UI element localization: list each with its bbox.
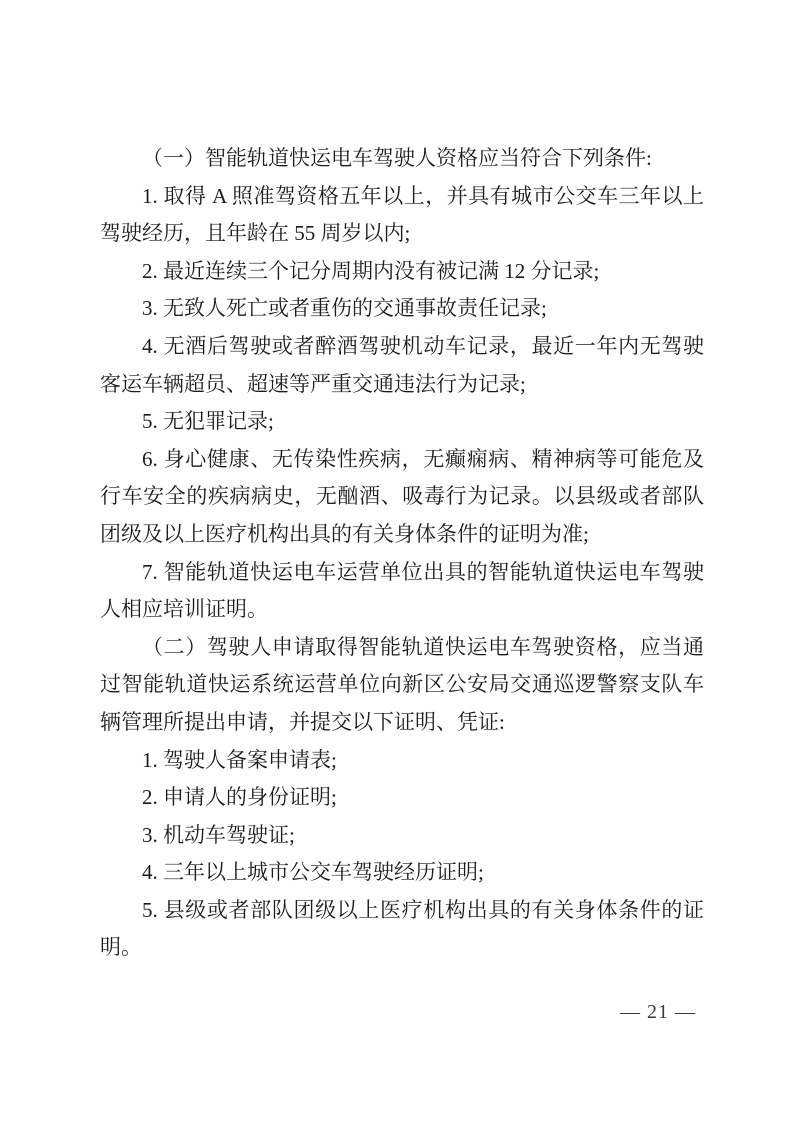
document-body: （一）智能轨道快运电车驾驶人资格应当符合下列条件: 1. 取得 A 照准驾资格五… — [100, 140, 704, 967]
paragraph-section-2-heading: （二）驾驶人申请取得智能轨道快运电车驾驶资格，应当通过智能轨道快运系统运营单位向… — [100, 629, 704, 742]
page-number: — 21 — — [612, 1001, 704, 1024]
paragraph-material-5: 5. 县级或者部队团级以上医疗机构出具的有关身体条件的证明。 — [100, 892, 704, 967]
paragraph-material-1: 1. 驾驶人备案申请表; — [100, 742, 704, 780]
paragraph-material-3: 3. 机动车驾驶证; — [100, 817, 704, 855]
paragraph-condition-4: 4. 无酒后驾驶或者醉酒驾驶机动车记录，最近一年内无驾驶客运车辆超员、超速等严重… — [100, 328, 704, 403]
paragraph-condition-5: 5. 无犯罪记录; — [100, 403, 704, 441]
paragraph-condition-6: 6. 身心健康、无传染性疾病，无癫痫病、精神病等可能危及行车安全的疾病病史，无酗… — [100, 441, 704, 554]
paragraph-material-2: 2. 申请人的身份证明; — [100, 779, 704, 817]
paragraph-condition-3: 3. 无致人死亡或者重伤的交通事故责任记录; — [100, 290, 704, 328]
paragraph-condition-7: 7. 智能轨道快运电车运营单位出具的智能轨道快运电车驾驶人相应培训证明。 — [100, 554, 704, 629]
paragraph-section-1-heading: （一）智能轨道快运电车驾驶人资格应当符合下列条件: — [100, 140, 704, 178]
paragraph-condition-1: 1. 取得 A 照准驾资格五年以上，并具有城市公交车三年以上驾驶经历，且年龄在 … — [100, 178, 704, 253]
document-page: （一）智能轨道快运电车驾驶人资格应当符合下列条件: 1. 取得 A 照准驾资格五… — [0, 0, 795, 1123]
paragraph-condition-2: 2. 最近连续三个记分周期内没有被记满 12 分记录; — [100, 253, 704, 291]
paragraph-material-4: 4. 三年以上城市公交车驾驶经历证明; — [100, 854, 704, 892]
